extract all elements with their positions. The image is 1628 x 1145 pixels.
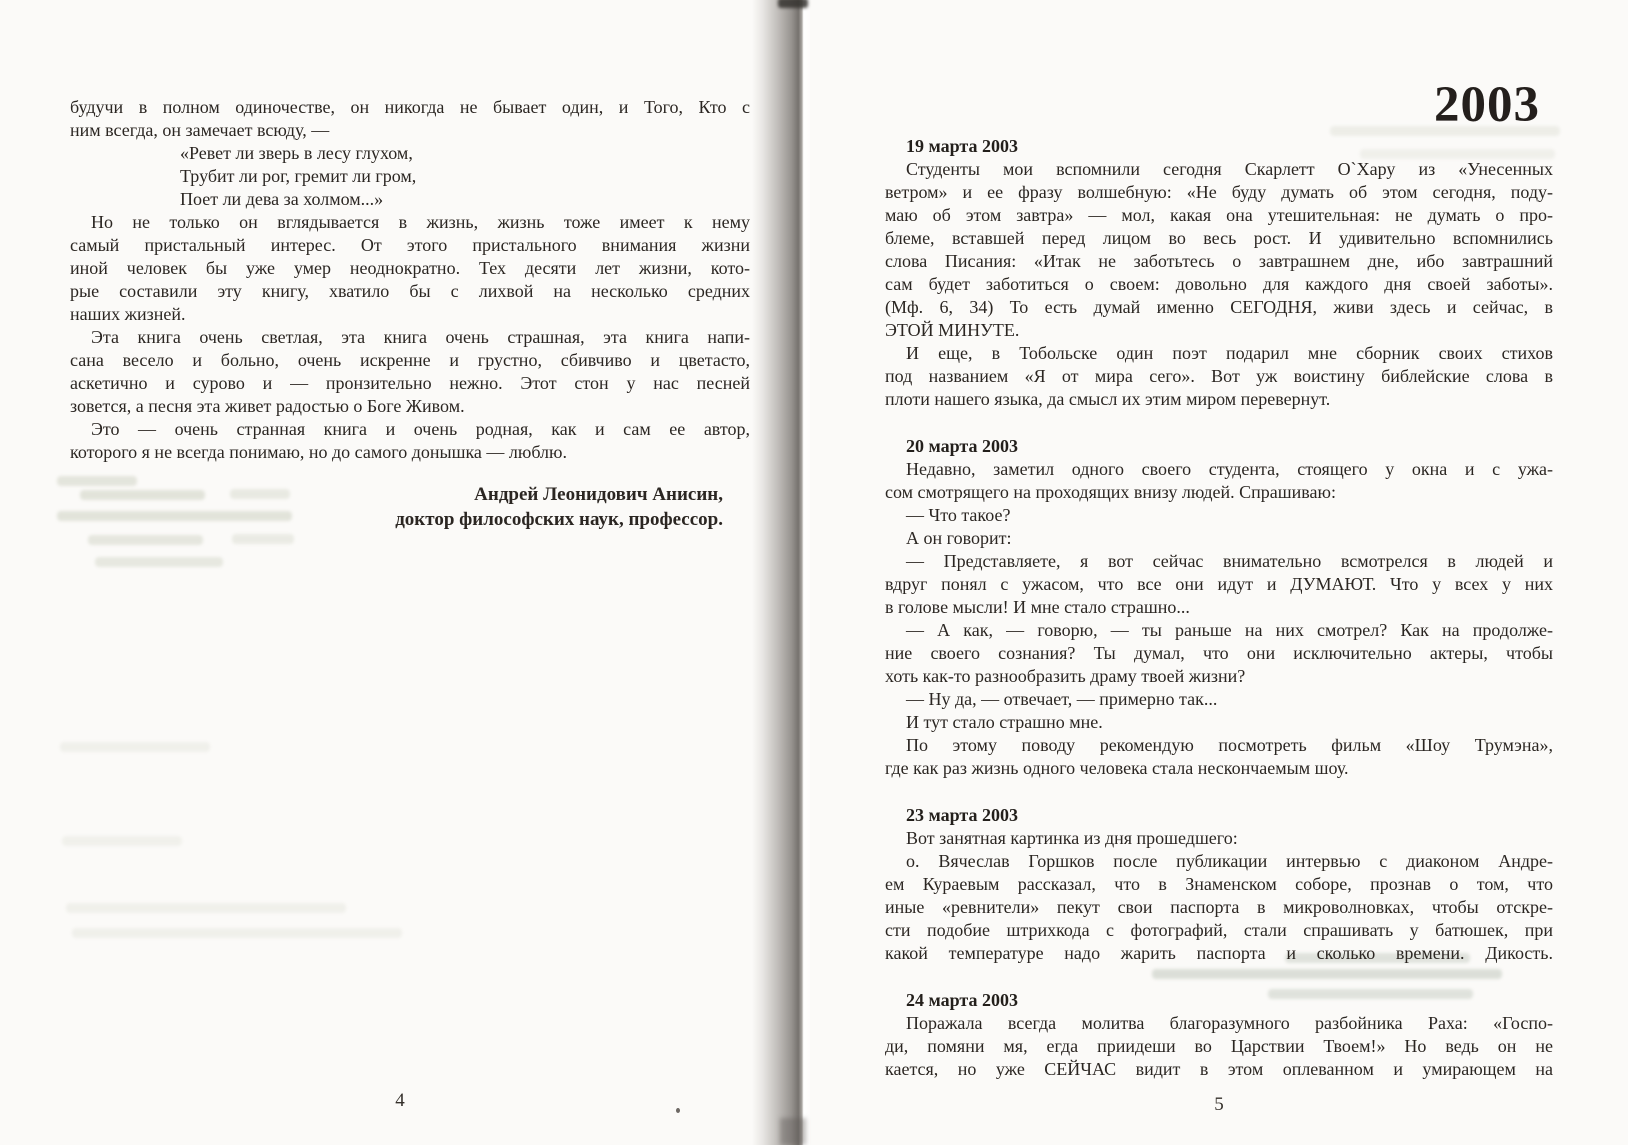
text-line: — Ну да, — отвечает, — примерно так...: [885, 688, 1553, 711]
author-signature: Андрей Леонидович Анисин, доктор философ…: [70, 482, 750, 532]
right-page-text: 19 марта 2003 Студенты мои вспомнили сег…: [885, 135, 1553, 1081]
signature-title: доктор философских наук, профессор.: [70, 507, 723, 532]
text-line: плоти нашего языка, да смысл их этим мир…: [885, 388, 1553, 411]
text-line: Поражала всегда молитва благоразумного р…: [885, 1012, 1553, 1035]
bleed-through-mark: [62, 836, 182, 846]
bleed-through-mark: [72, 928, 402, 938]
bleed-through-mark: [232, 534, 294, 544]
entry-date: 24 марта 2003: [885, 989, 1553, 1012]
text-line: ЭТОЙ МИНУТЕ.: [885, 319, 1553, 342]
text-line: какой температуре надо жарить паспорта и…: [885, 942, 1553, 965]
year-heading: 2003: [1408, 80, 1540, 131]
text-line: ветром» и ее фразу волшебную: «Не буду д…: [885, 181, 1553, 204]
text-line: самый пристальный интерес. От этого прис…: [70, 234, 750, 257]
diary-entry: 19 марта 2003 Студенты мои вспомнили сег…: [885, 135, 1553, 411]
text-line: вдруг понял с ужасом, что все они идут и…: [885, 573, 1553, 596]
text-line: Эта книга очень светлая, эта книга очень…: [70, 326, 750, 349]
text-line: где как раз жизнь одного человека стала …: [885, 757, 1553, 780]
text-line: аскетично и сурово и — пронзительно нежн…: [70, 372, 750, 395]
entry-date: 19 марта 2003: [885, 135, 1553, 158]
text-line: Недавно, заметил одного своего студента,…: [885, 458, 1553, 481]
text-line: о. Вячеслав Горшков после публикации инт…: [885, 850, 1553, 873]
text-line: Вот занятная картинка из дня прошедшего:: [885, 827, 1553, 850]
text-line: зовется, а песня эта живет радостью о Бо…: [70, 395, 750, 418]
text-line: слова Писания: «Итак не заботьтесь о зав…: [885, 250, 1553, 273]
text-line: Но не только он вглядывается в жизнь, жи…: [70, 211, 750, 234]
signature-name: Андрей Леонидович Анисин,: [70, 482, 723, 507]
text-line: Это — очень странная книга и очень родна…: [70, 418, 750, 441]
text-line: Студенты мои вспомнили сегодня Скарлетт …: [885, 158, 1553, 181]
text-line: под названием «Я от мира сего». Вот уж в…: [885, 365, 1553, 388]
text-line: рые составили эту книгу, хватило бы с ли…: [70, 280, 750, 303]
bleed-through-mark: [88, 535, 203, 545]
text-line: в голове мысли! И мне стало страшно...: [885, 596, 1553, 619]
text-line: — Представляете, я вот сейчас внимательн…: [885, 550, 1553, 573]
diary-entry: 20 марта 2003 Недавно, заметил одного св…: [885, 435, 1553, 780]
text-line: сти подобие штрихкода с фотографий, стал…: [885, 919, 1553, 942]
text-line: маю об этом завтра» — мол, какая она уте…: [885, 204, 1553, 227]
diary-entry: 24 марта 2003 Поражала всегда молитва бл…: [885, 989, 1553, 1081]
text-line: иные «ревнители» пекут свои паспорта в м…: [885, 896, 1553, 919]
entry-date: 20 марта 2003: [885, 435, 1553, 458]
bleed-through-mark: [60, 742, 210, 752]
text-line: ди, помяни мя, егда приидеши во Царствии…: [885, 1035, 1553, 1058]
text-line: А он говорит:: [885, 527, 1553, 550]
bleed-through-mark: [66, 903, 346, 913]
poem-line: Трубит ли рог, гремит ли гром,: [70, 165, 750, 188]
text-line: иной человек бы уже умер неоднократно. Т…: [70, 257, 750, 280]
text-line: сам будет заботиться о своем: довольно д…: [885, 273, 1553, 296]
spine-shadow-top: [778, 0, 808, 8]
text-line: будучи в полном одиночестве, он никогда …: [70, 96, 750, 119]
spine-shadow-bottom: [780, 1118, 806, 1145]
text-line: наших жизней.: [70, 303, 750, 326]
text-line: ним всегда, он замечает всюду, —: [70, 119, 750, 142]
text-line: хоть как-то разнообразить драму твоей жи…: [885, 665, 1553, 688]
text-line: (Мф. 6, 34) То есть думай именно СЕГОДНЯ…: [885, 296, 1553, 319]
poem-line: «Ревет ли зверь в лесу глухом,: [70, 142, 750, 165]
text-line: сана весело и больно, очень искренне и г…: [70, 349, 750, 372]
text-line: блеме, вставшей перед лицом во весь рост…: [885, 227, 1553, 250]
text-line: И еще, в Тобольске один поэт подарил мне…: [885, 342, 1553, 365]
text-line: И тут стало страшно мне.: [885, 711, 1553, 734]
page-number-left: 4: [70, 1090, 730, 1112]
text-line: — А как, — говорю, — ты раньше на них см…: [885, 619, 1553, 642]
text-line: сом смотрящего на проходящих внизу людей…: [885, 481, 1553, 504]
bleed-through-mark: [95, 557, 223, 567]
text-line: ние своего сознания? Ты думал, что они и…: [885, 642, 1553, 665]
entry-date: 23 марта 2003: [885, 804, 1553, 827]
text-line: По этому поводу рекомендую посмотреть фи…: [885, 734, 1553, 757]
text-line: ем Кураевым рассказал, что в Знаменском …: [885, 873, 1553, 896]
page-number-right: 5: [885, 1094, 1553, 1116]
text-line: которого я не всегда понимаю, но до само…: [70, 441, 750, 464]
text-line: — Что такое?: [885, 504, 1553, 527]
text-line: кается, но уже СЕЙЧАС видит в этом оплев…: [885, 1058, 1553, 1081]
poem-line: Поет ли дева за холмом...»: [70, 188, 750, 211]
book-spread: будучи в полном одиночестве, он никогда …: [0, 0, 1628, 1145]
left-page-text: будучи в полном одиночестве, он никогда …: [70, 96, 750, 532]
diary-entry: 23 марта 2003 Вот занятная картинка из д…: [885, 804, 1553, 965]
book-spine-gutter: [752, 0, 810, 1145]
